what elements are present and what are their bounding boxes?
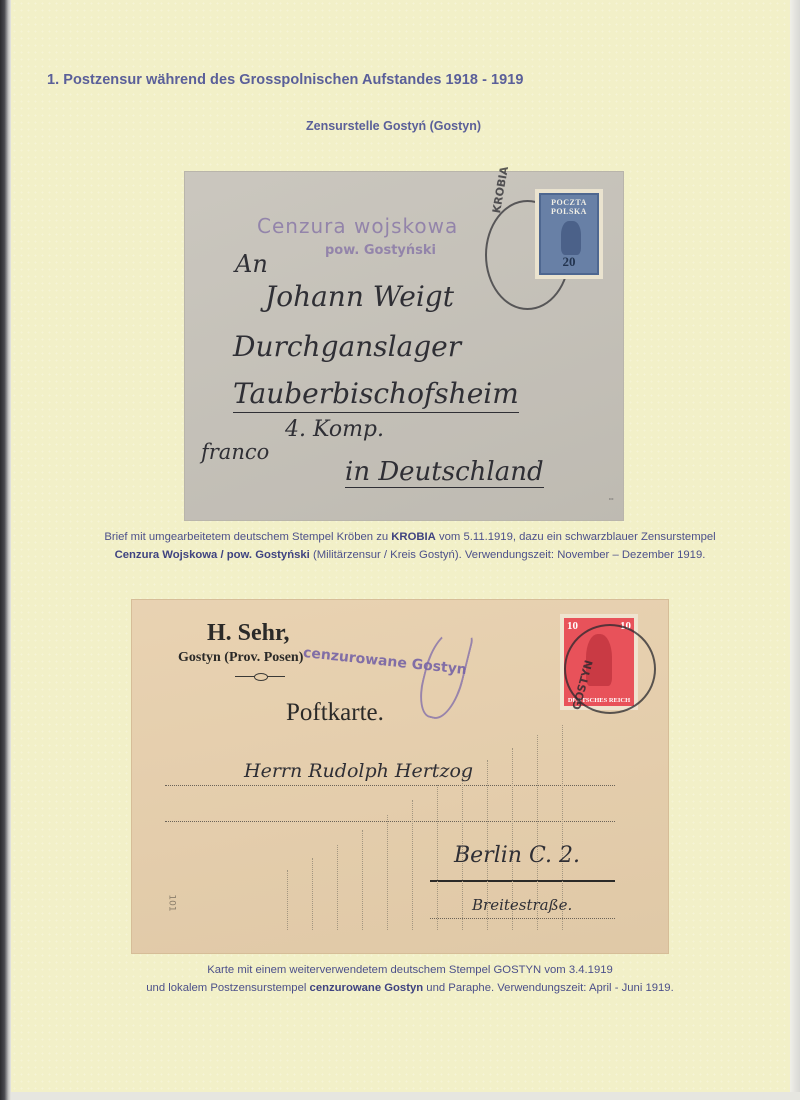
envelope-cover: Cenzura wojskowa pow. Gostyński KROBIA P… <box>185 172 623 520</box>
caption1-text-line2: (Militärzensur / Kreis Gostyń). Verwendu… <box>310 549 706 561</box>
caption-postcard: Karte mit einem weiterverwendetem deutsc… <box>40 962 780 997</box>
stamp-value-left: 10 <box>567 620 578 632</box>
scan-edge-left <box>0 0 11 1100</box>
postcard-heading: Poftkarte. <box>286 699 384 727</box>
address-town: Tauberbischofsheim <box>233 377 519 413</box>
address-name: Johann Weigt <box>265 280 454 313</box>
caption2-text-cont: und Paraphe. Verwendungszeit: April - Ju… <box>423 982 674 994</box>
grid-vline <box>437 785 438 930</box>
caption2-text: und lokalem Postzensurstempel <box>146 982 309 994</box>
postcard: H. Sehr, Gostyn (Prov. Posen) Poftkarte.… <box>132 600 668 953</box>
page-subtitle: Zensurstelle Gostyń (Gostyn) <box>306 119 481 133</box>
caption1-text-cont: vom 5.11.1919, dazu ein schwarzblauer Ze… <box>436 531 716 543</box>
address-line-an: An <box>235 250 268 278</box>
ornament-icon <box>235 676 285 682</box>
grid-vline <box>337 845 338 930</box>
side-number: 101 <box>167 894 177 911</box>
censor-stamp-line2: pow. Gostyński <box>325 243 436 258</box>
stamp-value: 20 <box>541 254 597 270</box>
stamp-figure-icon <box>561 221 581 255</box>
grid-vline <box>412 800 413 930</box>
stamp-line1: POCZTA <box>541 195 597 207</box>
address-country: in Deutschland <box>345 457 544 488</box>
scan-edge-bottom <box>11 1092 800 1100</box>
address-line-3 <box>430 880 615 882</box>
address-line-1 <box>165 785 615 786</box>
caption1-bold-krobia: KROBIA <box>391 531 436 543</box>
address-camp: Durchganslager <box>233 330 461 363</box>
sender-name: H. Sehr, <box>207 620 289 647</box>
stamp-line2: POLSKA <box>541 207 597 216</box>
recipient-street: Breitestraße. <box>472 896 572 914</box>
grid-vline <box>287 870 288 930</box>
address-company: 4. Komp. <box>285 417 384 442</box>
caption-envelope: Brief mit umgearbeitetem deutschem Stemp… <box>40 529 780 564</box>
caption2-bold-censor: cenzurowane Gostyn <box>310 982 424 994</box>
caption1-text: Brief mit umgearbeitetem deutschem Stemp… <box>104 531 391 543</box>
caption2-line1: Karte mit einem weiterverwendetem deutsc… <box>40 962 780 980</box>
postage-stamp-poland: POCZTA POLSKA 20 <box>535 189 603 279</box>
sender-city: Gostyn (Prov. Posen) <box>178 650 303 666</box>
grid-vline <box>387 815 388 930</box>
grid-vline <box>312 858 313 930</box>
censor-stamp-line1: Cenzura wojskowa <box>257 214 458 238</box>
address-franco: franco <box>201 440 269 464</box>
caption1-bold-censor: Cenzura Wojskowa / pow. Gostyński <box>115 549 310 561</box>
printer-mark: ▯ <box>609 498 615 501</box>
page-title: 1. Postzensur während des Grosspolnische… <box>47 72 524 88</box>
scan-edge-right <box>790 0 800 1100</box>
recipient-city: Berlin C. 2. <box>454 843 580 868</box>
recipient-name: Herrn Rudolph Hertzog <box>244 760 473 782</box>
address-line-4 <box>430 918 615 919</box>
address-line-2 <box>165 821 615 822</box>
grid-vline <box>362 830 363 930</box>
